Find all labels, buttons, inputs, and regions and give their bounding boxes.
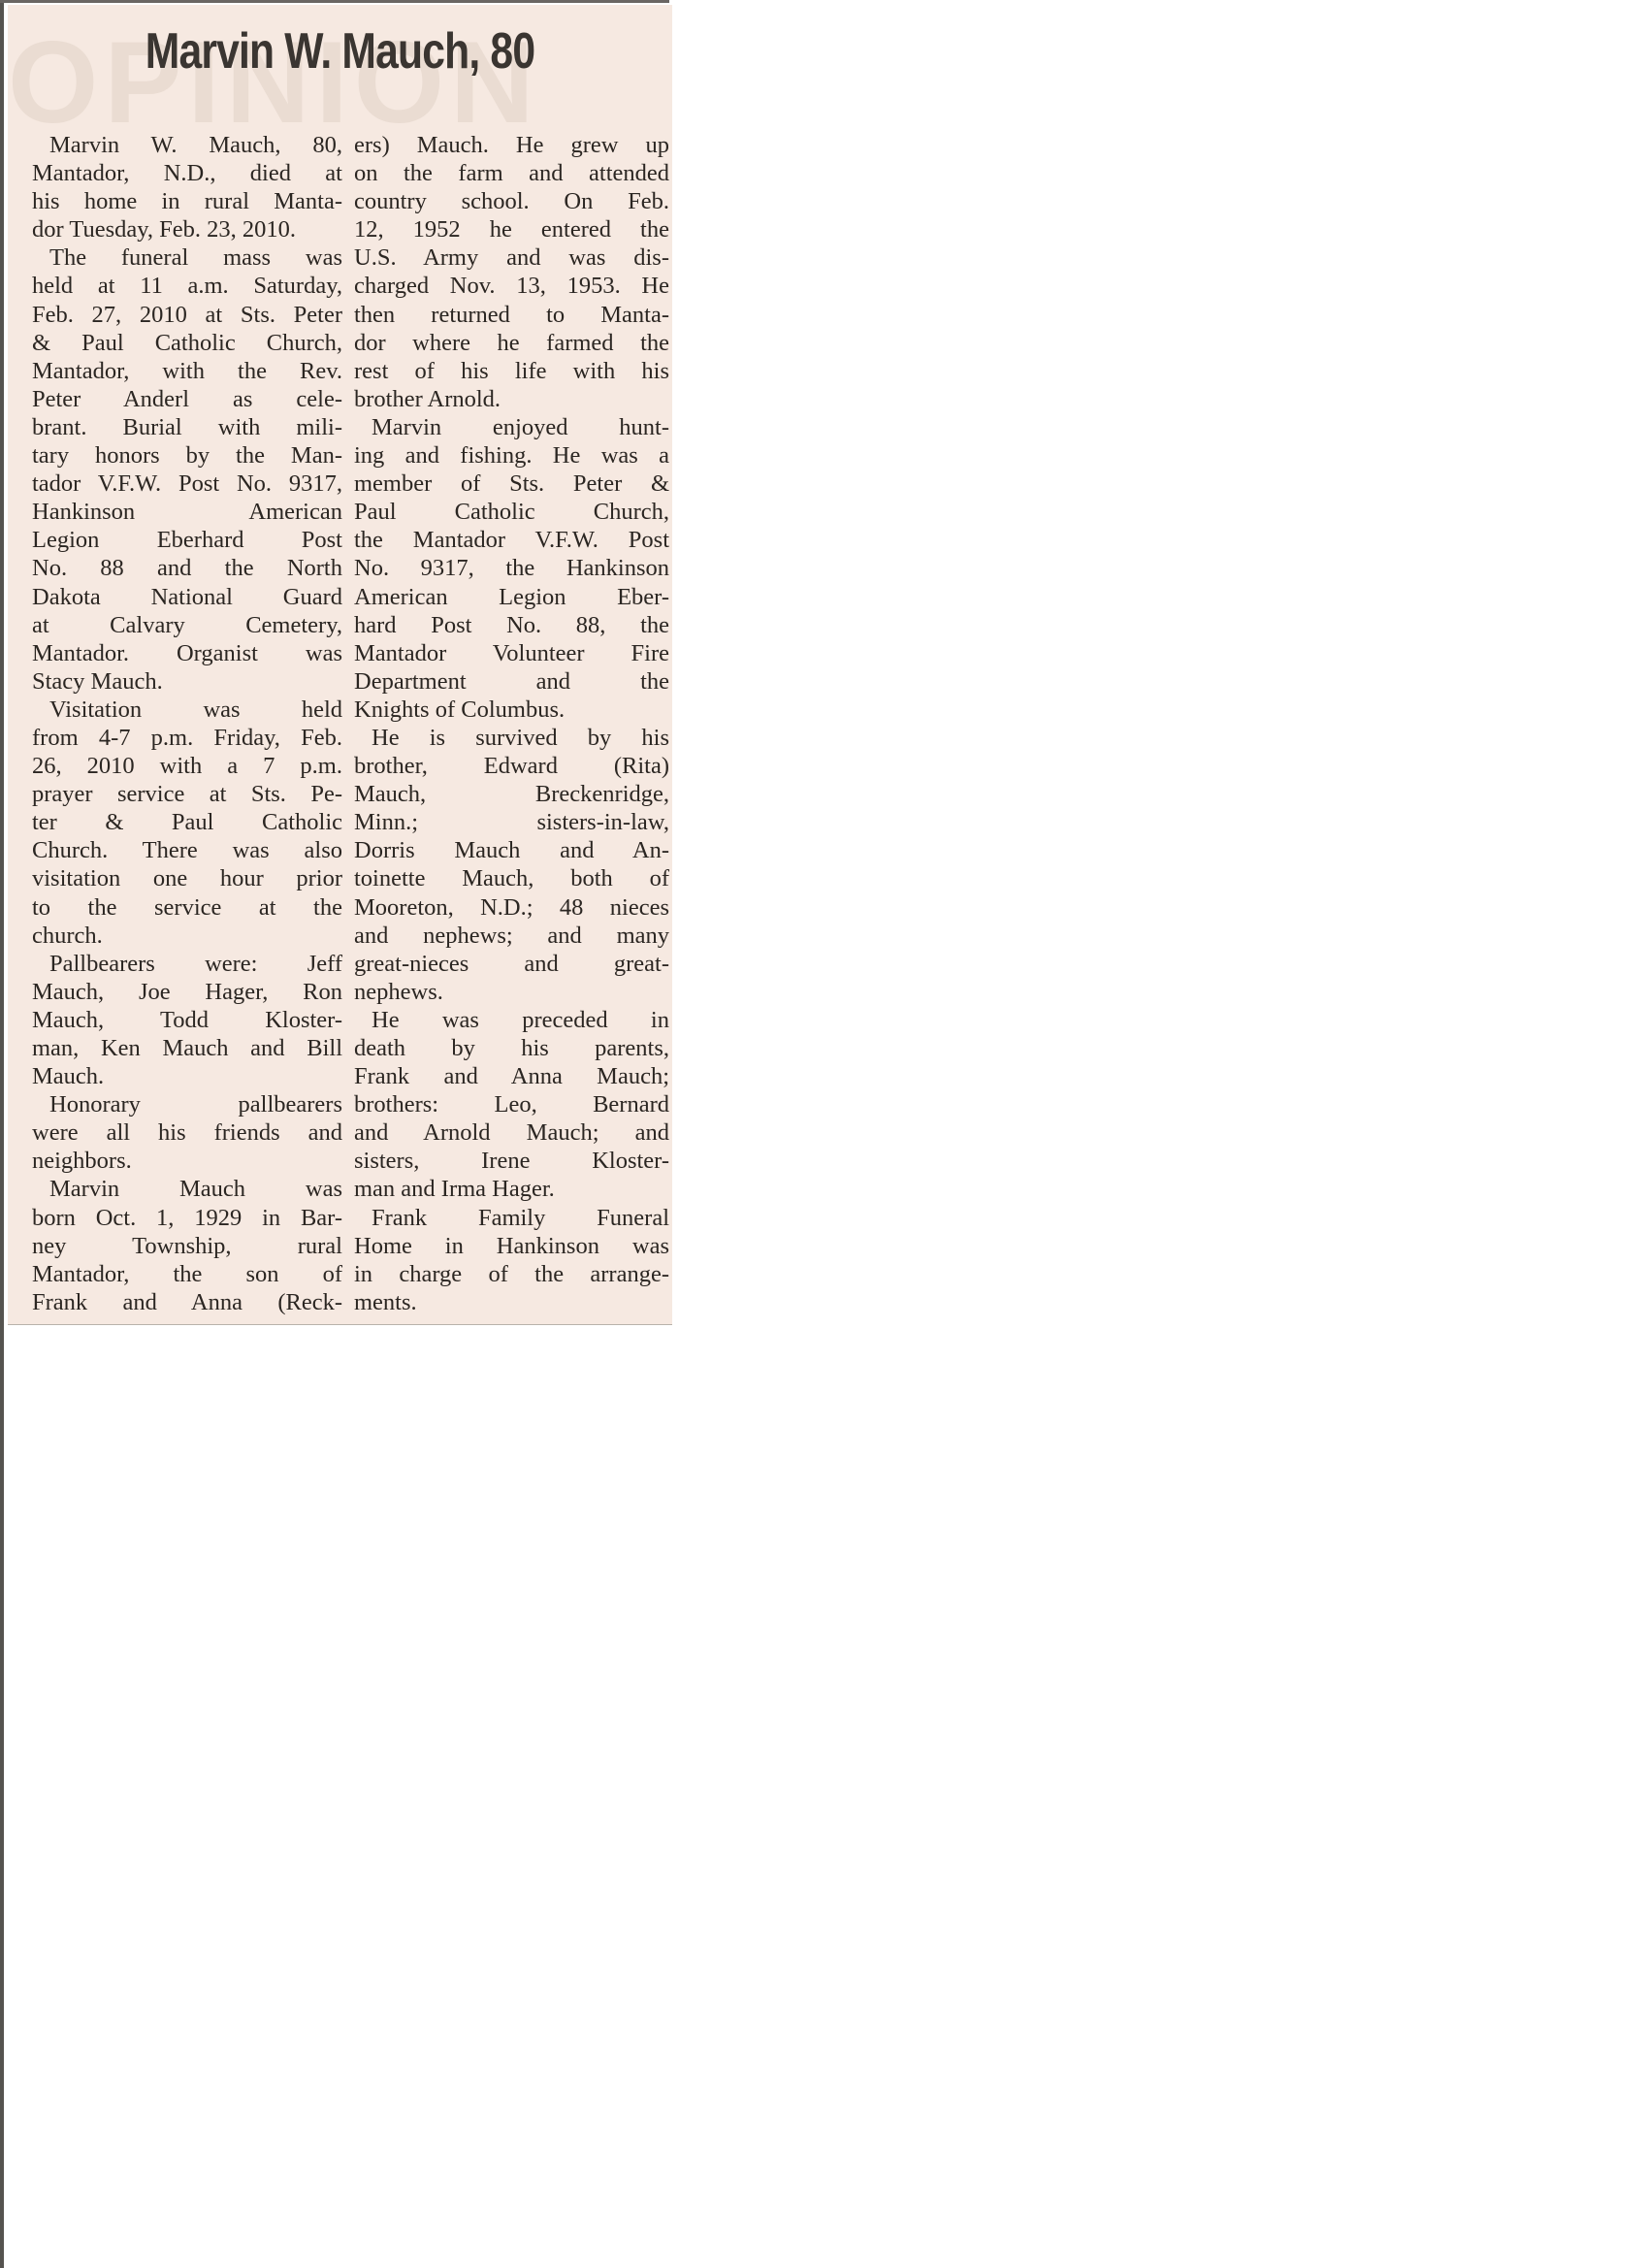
text-line: 26, 2010 with a 7 p.m. <box>32 752 342 780</box>
text-line: No. 88 and the North <box>32 554 342 582</box>
text-line: Mantador Volunteer Fire <box>354 639 669 667</box>
text-line: ney Township, rural <box>32 1232 342 1260</box>
text-line: tador V.F.W. Post No. 9317, <box>32 470 342 498</box>
text-line: He is survived by his <box>354 724 669 752</box>
text-line: Dakota National Guard <box>32 583 342 611</box>
text-line: nephews. <box>354 978 669 1006</box>
text-line: member of Sts. Peter & <box>354 470 669 498</box>
text-line: American Legion Eber- <box>354 583 669 611</box>
text-line: Mauch, Breckenridge, <box>354 780 669 808</box>
text-line: Home in Hankinson was <box>354 1232 669 1260</box>
text-line: to the service at the <box>32 893 342 922</box>
text-line: Department and the <box>354 667 669 696</box>
text-line: Mooreton, N.D.; 48 nieces <box>354 893 669 922</box>
text-line: Mauch. <box>32 1062 342 1090</box>
text-line: No. 9317, the Hankinson <box>354 554 669 582</box>
text-line: He was preceded in <box>354 1006 669 1034</box>
text-line: 12, 1952 he entered the <box>354 215 669 243</box>
text-line: man, Ken Mauch and Bill <box>32 1034 342 1062</box>
scan-edge-top <box>0 0 669 3</box>
text-line: Visitation was held <box>32 696 342 724</box>
text-line: the Mantador V.F.W. Post <box>354 526 669 554</box>
text-line: Legion Eberhard Post <box>32 526 342 554</box>
column-left: Marvin W. Mauch, 80,Mantador, N.D., died… <box>32 131 342 1316</box>
text-line: on the farm and attended <box>354 159 669 187</box>
text-line: Mauch, Joe Hager, Ron <box>32 978 342 1006</box>
text-line: ter & Paul Catholic <box>32 808 342 836</box>
text-line: church. <box>32 922 342 950</box>
text-line: Feb. 27, 2010 at Sts. Peter <box>32 301 342 329</box>
text-line: and nephews; and many <box>354 922 669 950</box>
text-line: Honorary pallbearers <box>32 1090 342 1118</box>
text-line: Frank and Anna Mauch; <box>354 1062 669 1090</box>
text-line: ers) Mauch. He grew up <box>354 131 669 159</box>
text-line: brother Arnold. <box>354 385 669 413</box>
text-line: great-nieces and great- <box>354 950 669 978</box>
text-line: from 4-7 p.m. Friday, Feb. <box>32 724 342 752</box>
text-line: Marvin Mauch was <box>32 1175 342 1203</box>
text-line: Knights of Columbus. <box>354 696 669 724</box>
text-line: sisters, Irene Kloster- <box>354 1147 669 1175</box>
text-line: Paul Catholic Church, <box>354 498 669 526</box>
text-line: dor Tuesday, Feb. 23, 2010. <box>32 215 342 243</box>
text-line: held at 11 a.m. Saturday, <box>32 272 342 300</box>
text-line: Frank Family Funeral <box>354 1204 669 1232</box>
text-line: Marvin W. Mauch, 80, <box>32 131 342 159</box>
text-line: death by his parents, <box>354 1034 669 1062</box>
text-line: The funeral mass was <box>32 243 342 272</box>
text-line: at Calvary Cemetery, <box>32 611 342 639</box>
text-line: his home in rural Manta- <box>32 187 342 215</box>
text-line: Stacy Mauch. <box>32 667 342 696</box>
text-line: Hankinson American <box>32 498 342 526</box>
text-line: & Paul Catholic Church, <box>32 329 342 357</box>
text-line: Peter Anderl as cele- <box>32 385 342 413</box>
text-line: tary honors by the Man- <box>32 441 342 470</box>
text-line: charged Nov. 13, 1953. He <box>354 272 669 300</box>
text-line: Dorris Mauch and An- <box>354 836 669 864</box>
text-line: Pallbearers were: Jeff <box>32 950 342 978</box>
text-line: Mantador, the son of <box>32 1260 342 1288</box>
text-line: Frank and Anna (Reck- <box>32 1288 342 1316</box>
text-line: Mantador. Organist was <box>32 639 342 667</box>
column-right: ers) Mauch. He grew upon the farm and at… <box>354 131 669 1316</box>
text-line: brothers: Leo, Bernard <box>354 1090 669 1118</box>
text-line: U.S. Army and was dis- <box>354 243 669 272</box>
text-line: brother, Edward (Rita) <box>354 752 669 780</box>
text-line: and Arnold Mauch; and <box>354 1118 669 1147</box>
text-line: Church. There was also <box>32 836 342 864</box>
text-line: Mantador, with the Rev. <box>32 357 342 385</box>
text-line: Minn.; sisters-in-law, <box>354 808 669 836</box>
text-line: rest of his life with his <box>354 357 669 385</box>
text-line: country school. On Feb. <box>354 187 669 215</box>
text-line: dor where he farmed the <box>354 329 669 357</box>
text-line: prayer service at Sts. Pe- <box>32 780 342 808</box>
text-line: toinette Mauch, both of <box>354 864 669 892</box>
text-line: neighbors. <box>32 1147 342 1175</box>
obituary-title: Marvin W. Mauch, 80 <box>68 22 613 81</box>
text-line: ments. <box>354 1288 669 1316</box>
text-line: then returned to Manta- <box>354 301 669 329</box>
text-line: visitation one hour prior <box>32 864 342 892</box>
text-line: brant. Burial with mili- <box>32 413 342 441</box>
text-line: Mantador, N.D., died at <box>32 159 342 187</box>
text-line: Mauch, Todd Kloster- <box>32 1006 342 1034</box>
scan-edge-left <box>0 0 4 2268</box>
newspaper-clipping: OPINION Marvin W. Mauch, 80 Marvin W. Ma… <box>8 5 672 1324</box>
text-line: hard Post No. 88, the <box>354 611 669 639</box>
text-line: in charge of the arrange- <box>354 1260 669 1288</box>
text-line: born Oct. 1, 1929 in Bar- <box>32 1204 342 1232</box>
text-line: Marvin enjoyed hunt- <box>354 413 669 441</box>
text-line: were all his friends and <box>32 1118 342 1147</box>
text-line: man and Irma Hager. <box>354 1175 669 1203</box>
text-line: ing and fishing. He was a <box>354 441 669 470</box>
